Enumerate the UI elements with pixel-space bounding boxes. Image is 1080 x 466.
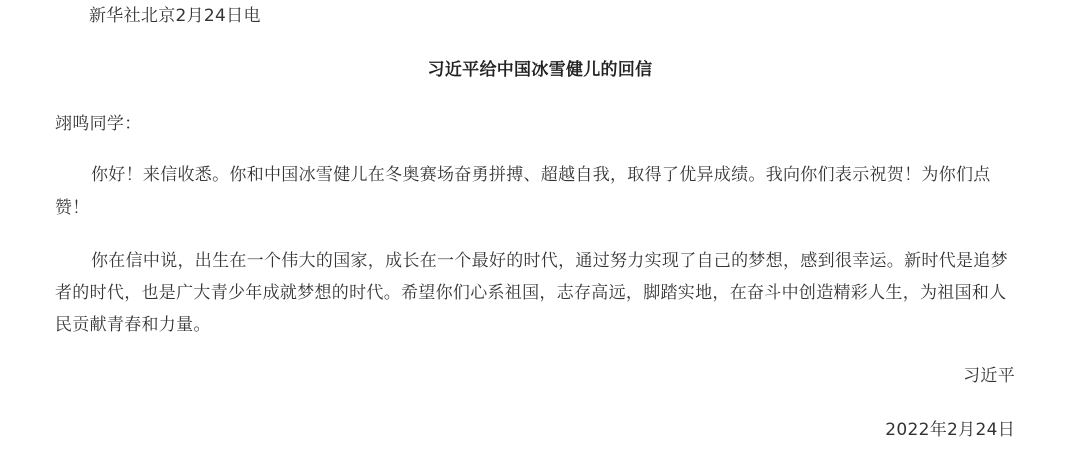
paragraph-1: 你好！来信收悉。你和中国冰雪健儿在冬奥赛场奋勇拼搏、超越自我，取得了优异成绩。我… bbox=[55, 159, 1017, 225]
letter-title: 习近平给中国冰雪健儿的回信 bbox=[55, 59, 1025, 81]
salutation: 翊鸣同学： bbox=[55, 113, 142, 135]
dateline: 新华社北京2月24日电 bbox=[89, 5, 261, 27]
signature: 习近平 bbox=[963, 365, 1015, 387]
paragraph-2: 你在信中说，出生在一个伟大的国家，成长在一个最好的时代，通过努力实现了自己的梦想… bbox=[55, 245, 1017, 341]
letter-date: 2022年2月24日 bbox=[885, 419, 1015, 441]
